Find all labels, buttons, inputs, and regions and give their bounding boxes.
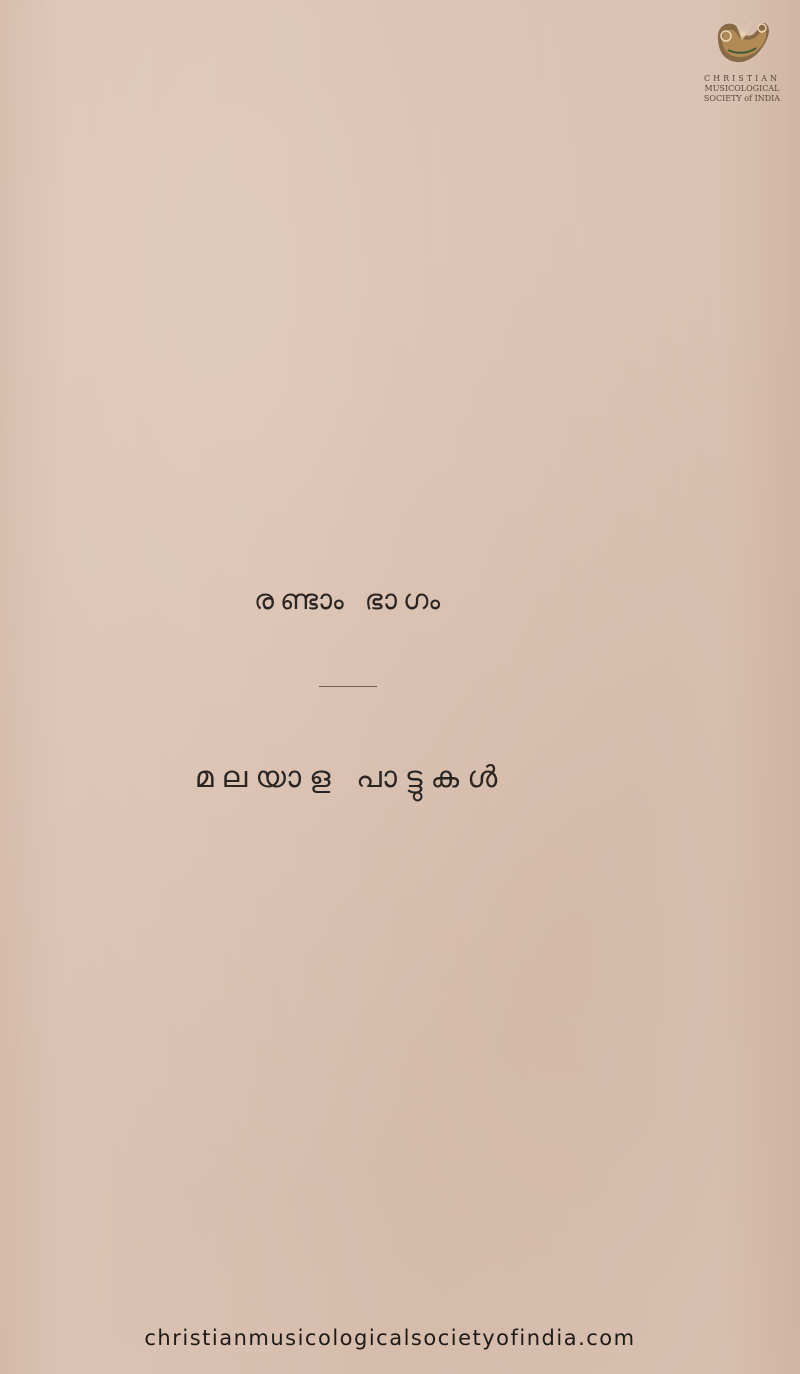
angel-ornament-icon bbox=[710, 10, 774, 74]
page-heading: രണ്ടാം ഭാഗം bbox=[0, 583, 700, 617]
divider-rule bbox=[319, 686, 377, 687]
society-logo: CHRISTIAN MUSICOLOGICAL SOCIETY of INDIA bbox=[692, 10, 792, 104]
page-subheading: മലയാള പാട്ടുകൾ bbox=[0, 760, 700, 795]
logo-text-line3: SOCIETY of INDIA bbox=[692, 94, 792, 104]
logo-text-line1: CHRISTIAN bbox=[692, 74, 792, 84]
logo-text-line2: MUSICOLOGICAL bbox=[692, 84, 792, 94]
scanned-page: CHRISTIAN MUSICOLOGICAL SOCIETY of INDIA… bbox=[0, 0, 800, 1374]
website-footer: christianmusicologicalsocietyofindia.com bbox=[0, 1326, 780, 1350]
